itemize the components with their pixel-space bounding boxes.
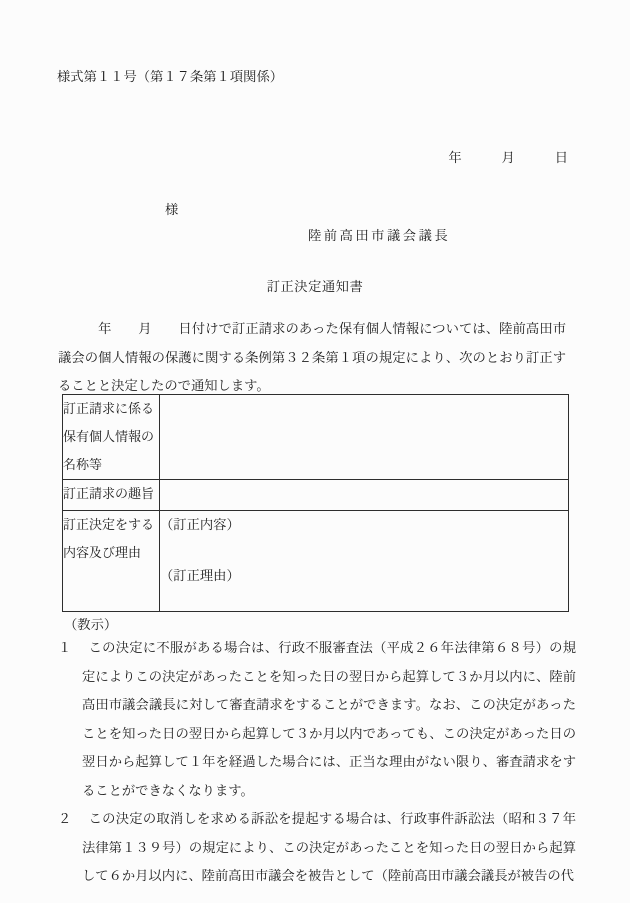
list-item: ２ この決定の取消しを求める訴訟を提起する場合は、行政事件訴訟法（昭和３７年法律… [58, 805, 578, 891]
decision-table: 訂正請求に係る保有個人情報の名称等 訂正請求の趣旨 訂正決定をする内容及び理由 … [62, 394, 569, 612]
row1-label-cell: 訂正請求に係る保有個人情報の名称等 [63, 395, 160, 480]
document-page: 様式第１１号（第１７条第１項関係） 年 月 日 様 陸前高田市議会議長 訂正決定… [0, 0, 630, 903]
row3-label-cell: 訂正決定をする内容及び理由 [63, 511, 160, 612]
row2-label-cell: 訂正請求の趣旨 [63, 480, 160, 511]
document-title: 訂正決定通知書 [0, 276, 630, 295]
form-number: 様式第１１号（第１７条第１項関係） [57, 66, 283, 85]
table-row: 訂正決定をする内容及び理由 （訂正内容） （訂正理由） [63, 511, 569, 612]
row3-value-cell: （訂正内容） （訂正理由） [160, 511, 569, 612]
list-item-number: ２ [58, 805, 71, 834]
list-item-text: この決定の取消しを求める訴訟を提起する場合は、行政事件訴訟法（昭和３７年法律第１… [82, 805, 576, 891]
kyoji-list: １ この決定に不服がある場合は、行政不服審査法（平成２６年法律第６８号）の規定に… [58, 634, 578, 891]
body-paragraph: 年 月 日付けで訂正請求のあった保有個人情報については、陸前高田市議会の個人情報… [58, 315, 566, 401]
correction-content-caption: （訂正内容） [160, 511, 568, 539]
row1-value-cell [160, 395, 569, 480]
table-row: 訂正請求の趣旨 [63, 480, 569, 511]
correction-reason-caption: （訂正理由） [160, 562, 568, 590]
row2-value-cell [160, 480, 569, 511]
table-row: 訂正請求に係る保有個人情報の名称等 [63, 395, 569, 480]
list-item: １ この決定に不服がある場合は、行政不服審査法（平成２６年法律第６８号）の規定に… [58, 634, 578, 805]
list-item-number: １ [58, 634, 71, 663]
sender-name: 陸前高田市議会議長 [308, 225, 450, 244]
list-item-text: この決定に不服がある場合は、行政不服審査法（平成２６年法律第６８号）の規定により… [82, 634, 576, 805]
addressee-honorific: 様 [165, 199, 178, 218]
date-blank-line: 年 月 日 [448, 147, 568, 166]
kyoji-heading: （教示） [64, 614, 117, 633]
